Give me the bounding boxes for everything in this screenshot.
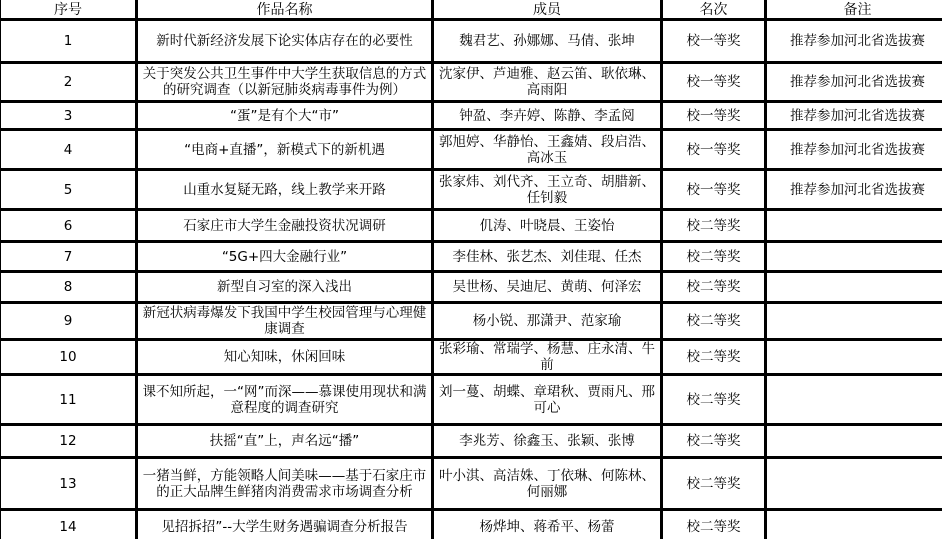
cell-no[interactable]: 9 [0,303,137,340]
cell-note[interactable]: 推荐参加河北省选拔赛 [766,130,942,170]
cell-note[interactable]: 推荐参加河北省选拔赛 [766,102,942,130]
cell-no[interactable]: 10 [0,340,137,375]
cell-members[interactable]: 吴世杨、吴迪尼、黄萌、何泽宏 [433,272,662,303]
header-members[interactable]: 成员 [433,0,662,20]
table-row: 6 石家庄市大学生金融投资状况调研 仉涛、叶晓晨、王姿怡 校二等奖 [0,210,942,242]
cell-members[interactable]: 张家炜、刘代齐、王立奇、胡腊新、任钊毅 [433,170,662,210]
cell-no[interactable]: 3 [0,102,137,130]
cell-members[interactable]: 叶小淇、高洁姝、丁依琳、何陈林、何丽娜 [433,458,662,510]
cell-title[interactable]: 一猪当鲜，方能领略人间美味——基于石家庄市的正大品牌生鲜猪肉消费需求市场调查分析 [137,458,433,510]
cell-note[interactable]: 推荐参加河北省选拔赛 [766,20,942,63]
cell-title[interactable]: 山重水复疑无路，线上教学来开路 [137,170,433,210]
cell-no[interactable]: 13 [0,458,137,510]
table-row: 2 关于突发公共卫生事件中大学生获取信息的方式的研究调查（以新冠肺炎病毒事件为例… [0,63,942,102]
cell-rank[interactable]: 校二等奖 [662,425,766,458]
cell-note[interactable] [766,303,942,340]
cell-rank[interactable]: 校二等奖 [662,210,766,242]
cell-title[interactable]: 课不知所起，一“网”而深——慕课使用现状和满意程度的调查研究 [137,375,433,425]
cell-note[interactable]: 推荐参加河北省选拔赛 [766,63,942,102]
cell-no[interactable]: 4 [0,130,137,170]
cell-title[interactable]: 新型自习室的深入浅出 [137,272,433,303]
table-row: 7 “5G+四大金融行业” 李佳林、张艺杰、刘佳琨、任杰 校二等奖 [0,242,942,272]
cell-title[interactable]: 新时代新经济发展下论实体店存在的必要性 [137,20,433,63]
cell-members[interactable]: 郭旭婷、华静怡、王鑫婧、段启浩、高冰玉 [433,130,662,170]
table-row: 1 新时代新经济发展下论实体店存在的必要性 魏君艺、孙娜娜、马倩、张坤 校一等奖… [0,20,942,63]
cell-title[interactable]: “5G+四大金融行业” [137,242,433,272]
cell-rank[interactable]: 校一等奖 [662,170,766,210]
cell-note[interactable]: 推荐参加河北省选拔赛 [766,170,942,210]
cell-members[interactable]: 钟盈、李卉婷、陈静、李孟阅 [433,102,662,130]
cell-members[interactable]: 李兆芳、徐鑫玉、张颖、张博 [433,425,662,458]
table-row: 8 新型自习室的深入浅出 吴世杨、吴迪尼、黄萌、何泽宏 校二等奖 [0,272,942,303]
cell-members[interactable]: 杨烨坤、蒋希平、杨蕾 [433,510,662,539]
table-row: 14 见招拆招”--大学生财务遇骗调查分析报告 杨烨坤、蒋希平、杨蕾 校二等奖 [0,510,942,539]
table-row: 11 课不知所起，一“网”而深——慕课使用现状和满意程度的调查研究 刘一蔓、胡蝶… [0,375,942,425]
table-row: 9 新冠状病毒爆发下我国中学生校园管理与心理健康调查 杨小锐、那潇尹、范家瑜 校… [0,303,942,340]
cell-members[interactable]: 魏君艺、孙娜娜、马倩、张坤 [433,20,662,63]
cell-no[interactable]: 12 [0,425,137,458]
table-row: 3 “蛋”是有个大“市” 钟盈、李卉婷、陈静、李孟阅 校一等奖 推荐参加河北省选… [0,102,942,130]
cell-members[interactable]: 张彩瑜、常瑞学、杨慧、庄永清、牛前 [433,340,662,375]
cell-title[interactable]: 关于突发公共卫生事件中大学生获取信息的方式的研究调查（以新冠肺炎病毒事件为例） [137,63,433,102]
cell-rank[interactable]: 校一等奖 [662,102,766,130]
cell-note[interactable] [766,242,942,272]
cell-rank[interactable]: 校二等奖 [662,458,766,510]
cell-title[interactable]: 新冠状病毒爆发下我国中学生校园管理与心理健康调查 [137,303,433,340]
cell-note[interactable] [766,510,942,539]
cell-note[interactable] [766,375,942,425]
cell-no[interactable]: 8 [0,272,137,303]
cell-rank[interactable]: 校一等奖 [662,130,766,170]
table-row: 4 “电商+直播”，新模式下的新机遇 郭旭婷、华静怡、王鑫婧、段启浩、高冰玉 校… [0,130,942,170]
table-row: 13 一猪当鲜，方能领略人间美味——基于石家庄市的正大品牌生鲜猪肉消费需求市场调… [0,458,942,510]
cell-title[interactable]: 扶摇“直”上，声名远“播” [137,425,433,458]
cell-members[interactable]: 李佳林、张艺杰、刘佳琨、任杰 [433,242,662,272]
cell-rank[interactable]: 校一等奖 [662,63,766,102]
cell-title[interactable]: “蛋”是有个大“市” [137,102,433,130]
cell-no[interactable]: 6 [0,210,137,242]
cell-title[interactable]: “电商+直播”，新模式下的新机遇 [137,130,433,170]
cell-no[interactable]: 7 [0,242,137,272]
cell-rank[interactable]: 校一等奖 [662,20,766,63]
cell-rank[interactable]: 校二等奖 [662,242,766,272]
cell-title[interactable]: 见招拆招”--大学生财务遇骗调查分析报告 [137,510,433,539]
cell-no[interactable]: 2 [0,63,137,102]
cell-no[interactable]: 5 [0,170,137,210]
awards-table: 序号 作品名称 成员 名次 备注 1 新时代新经济发展下论实体店存在的必要性 魏… [0,0,942,539]
cell-note[interactable] [766,272,942,303]
table-row: 5 山重水复疑无路，线上教学来开路 张家炜、刘代齐、王立奇、胡腊新、任钊毅 校一… [0,170,942,210]
cell-rank[interactable]: 校二等奖 [662,303,766,340]
cell-members[interactable]: 刘一蔓、胡蝶、章珺秋、贾雨凡、邢可心 [433,375,662,425]
cell-members[interactable]: 沈家伊、芦迪雅、赵云笛、耿依琳、高雨阳 [433,63,662,102]
cell-note[interactable] [766,458,942,510]
cell-rank[interactable]: 校二等奖 [662,375,766,425]
cell-no[interactable]: 11 [0,375,137,425]
cell-no[interactable]: 1 [0,20,137,63]
table-row: 10 知心知味，休闲回味 张彩瑜、常瑞学、杨慧、庄永清、牛前 校二等奖 [0,340,942,375]
header-title[interactable]: 作品名称 [137,0,433,20]
cell-note[interactable] [766,425,942,458]
cell-title[interactable]: 知心知味，休闲回味 [137,340,433,375]
table-row: 12 扶摇“直”上，声名远“播” 李兆芳、徐鑫玉、张颖、张博 校二等奖 [0,425,942,458]
header-rank[interactable]: 名次 [662,0,766,20]
cell-rank[interactable]: 校二等奖 [662,340,766,375]
cell-rank[interactable]: 校二等奖 [662,510,766,539]
cell-members[interactable]: 杨小锐、那潇尹、范家瑜 [433,303,662,340]
cell-members[interactable]: 仉涛、叶晓晨、王姿怡 [433,210,662,242]
spreadsheet: 序号 作品名称 成员 名次 备注 1 新时代新经济发展下论实体店存在的必要性 魏… [0,0,942,539]
cell-note[interactable] [766,210,942,242]
cell-rank[interactable]: 校二等奖 [662,272,766,303]
header-note[interactable]: 备注 [766,0,942,20]
cell-no[interactable]: 14 [0,510,137,539]
cell-note[interactable] [766,340,942,375]
header-no[interactable]: 序号 [0,0,137,20]
cell-title[interactable]: 石家庄市大学生金融投资状况调研 [137,210,433,242]
header-row: 序号 作品名称 成员 名次 备注 [0,0,942,20]
